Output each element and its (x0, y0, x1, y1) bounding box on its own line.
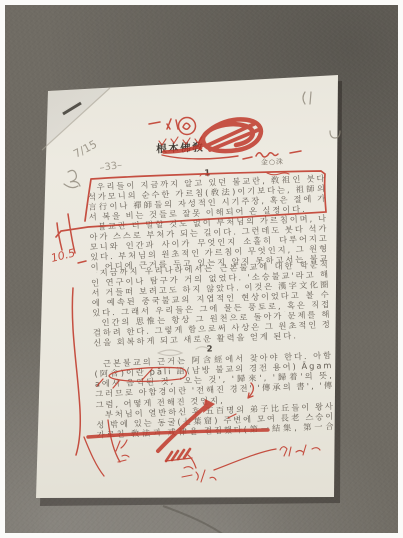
photo-of-manuscript: 根本佛敎 金○洙 1 우리들이 지금까지 알고 있던 불교란, 敎祖인 붓다 석… (0, 0, 403, 538)
typed-text-block: 根本佛敎 金○洙 1 우리들이 지금까지 알고 있던 불교란, 敎祖인 붓다 석… (84, 133, 342, 462)
author-byline: 金○洙 (261, 157, 284, 168)
document-title: 根本佛敎 (156, 140, 205, 157)
section-number-2: 2 (207, 344, 213, 354)
